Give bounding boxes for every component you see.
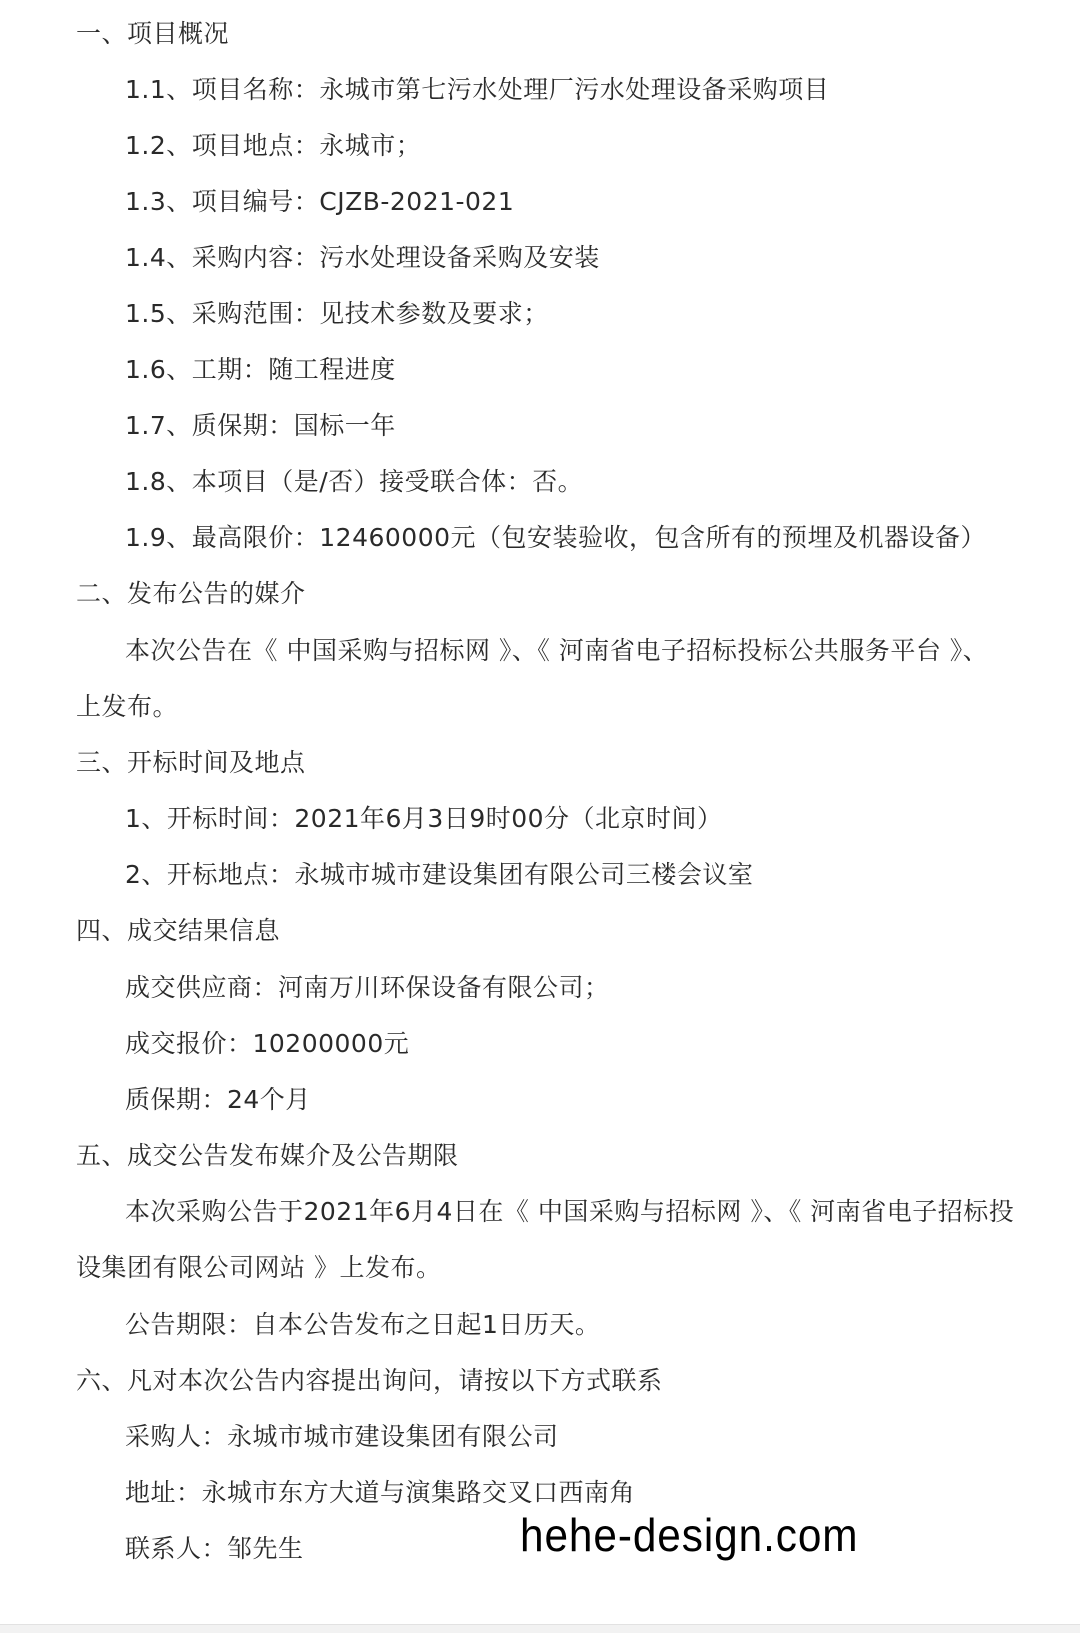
section-item: 成交供应商：河南万川环保设备有限公司； [125,971,610,1005]
section-heading: 二、发布公告的媒介 [76,577,306,611]
section-item: 1.3、项目编号：CJZB-2021-021 [125,185,514,219]
section-item: 1.4、采购内容：污水处理设备采购及安装 [125,241,600,275]
section-heading: 六、凡对本次公告内容提出询问，请按以下方式联系 [76,1364,663,1398]
section-heading: 一、项目概况 [76,17,229,51]
section-item: 1.7、质保期：国标一年 [125,409,396,443]
section-heading: 三、开标时间及地点 [76,746,306,780]
section-heading: 四、成交结果信息 [76,914,280,948]
section-item: 1.9、最高限价：12460000元（包安装验收，包含所有的预埋及机器设备） [125,521,986,555]
section-heading: 设集团有限公司网站 》上发布。 [76,1251,441,1285]
section-item: 1.1、项目名称：永城市第七污水处理厂污水处理设备采购项目 [125,73,829,107]
section-item: 质保期：24个月 [125,1083,311,1117]
section-item: 地址：永城市东方大道与演集路交叉口西南角 [125,1476,635,1510]
section-heading: 五、成交公告发布媒介及公告期限 [76,1139,459,1173]
section-item: 1.8、本项目（是/否）接受联合体：否。 [125,465,583,499]
section-item: 1.6、工期：随工程进度 [125,353,396,387]
section-heading: 上发布。 [76,690,178,724]
section-item: 采购人：永城市城市建设集团有限公司 [125,1420,559,1454]
section-item: 1.2、项目地点：永城市； [125,129,421,163]
watermark-text: hehe-design.com [520,1508,858,1562]
section-item: 2、开标地点：永城市城市建设集团有限公司三楼会议室 [125,858,753,892]
section-item: 公告期限：自本公告发布之日起1日历天。 [125,1308,600,1342]
section-item: 成交报价：10200000元 [125,1027,409,1061]
section-item: 1、开标时间：2021年6月3日9时00分（北京时间） [125,802,723,836]
section-item: 1.5、采购范围：见技术参数及要求； [125,297,549,331]
section-item: 联系人：邹先生 [125,1532,304,1566]
section-item: 本次采购公告于2021年6月4日在《 中国采购与招标网 》、《 河南省电子招标投 [125,1195,1014,1229]
section-item: 本次公告在《 中国采购与招标网 》、《 河南省电子招标投标公共服务平台 》、 [125,634,988,668]
bottom-bar [0,1624,1080,1633]
